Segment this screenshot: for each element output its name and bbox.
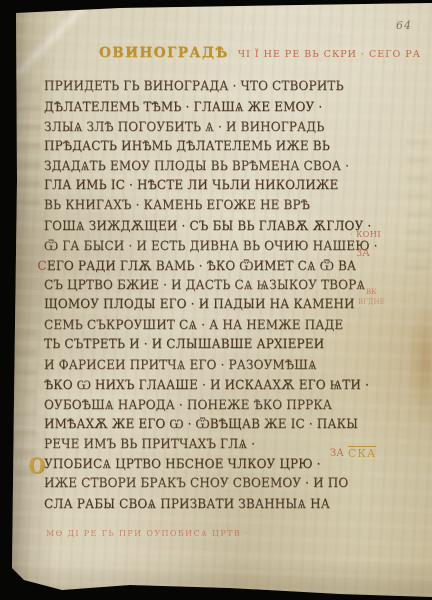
text-line: ОУПОБИСѦ ЦРТВО НБСНОЕ ЧЛКОУ ЦРЮ · bbox=[44, 456, 378, 476]
gold-initial-letter: О bbox=[28, 453, 45, 478]
text-line-content: ИМѢАХѪ ЖЕ ЕГО Ѡ · ѾВѢЩАВ ЖЕ ІС · ПАКЫ bbox=[44, 417, 358, 432]
footer-rubric: МѲ ДІ РЕ ГЬ ПРИ ОУПОБИСѦ ЦРТВ · bbox=[46, 528, 249, 539]
text-line: ИМѢАХѪ ЖЕ ЕГО Ѡ · ѾВѢЩАВ ЖЕ ІС · ПАКЫ bbox=[44, 416, 378, 436]
text-line: ОУБОѢШѦ НАРОДА · ПОНЕЖЕ ѢКО ПРРКА bbox=[44, 397, 378, 417]
running-title-rubric: ЧІ Ї НЕ РЕ ВЬ СКРИ · СЕГО РА bbox=[238, 49, 421, 60]
text-line: Ѿ ГА БЫСИ · И ЕСТЬ ДИВНА ВЬ ОЧИЮ НАШЕЮ · bbox=[44, 238, 378, 258]
text-line-content: И ФАРИСЕИ ПРИТЧѦ ЕГО · РАЗОУМѢШѦ bbox=[44, 358, 317, 373]
text-line: РЕЧЕ ИМЪ ВЬ ПРИТЧАХЪ ГЛѦ · bbox=[44, 436, 378, 456]
margin-note-faint-2: ВГДНЕ bbox=[358, 298, 385, 306]
text-line-content: ГОШѦ ЗИЖДѪЩЕИ · СЪ БЫ ВЬ ГЛАВѪ ѪГЛОУ · bbox=[44, 219, 371, 234]
text-line: ДѢЛАТЕЛЕМЬ ТѢМЬ · ГЛАШѦ ЖЕ ЕМОУ · bbox=[44, 99, 378, 119]
text-line-content: ЩОМОУ ПЛОДЫ ЕГО · И ПАДЫИ НА КАМЕНИ bbox=[44, 297, 355, 312]
text-line-content: СЕМЬ СЪКРОУШИТ СѦ · А НА НЕМЖЕ ПАДЕ bbox=[44, 318, 343, 333]
text-line-content: ИЖЕ СТВОРИ БРАКЪ СНОУ СВОЕМОУ · И ПО bbox=[44, 476, 348, 491]
text-line-content: ВЬ КНИГАХЪ · КАМЕНЬ ЕГОЖЕ НЕ ВРѢ bbox=[44, 198, 310, 213]
text-line: ЩОМОУ ПЛОДЫ ЕГО · И ПАДЫИ НА КАМЕНИ bbox=[44, 297, 378, 317]
margin-note-end-of-reading: · КОНЇ bbox=[350, 230, 381, 239]
text-line: СЕМЬ СЪКРОУШИТ СѦ · А НА НЕМЖЕ ПАДЕ bbox=[44, 317, 378, 337]
text-line: ТЬ СЪТРЕТЬ И · И СЛЫШАВШЕ АРХІЕРЕИ bbox=[44, 337, 378, 357]
text-line: ЗЛЫѦ ЗЛѢ ПОГОУБИТЬ Ѧ · И ВИНОГРАДЬ bbox=[44, 119, 378, 139]
corner-fold-highlight bbox=[6, 0, 96, 80]
text-line: ЗДАДѦТЬ ЕМОУ ПЛОДЫ ВЬ ВРѢМЕНА СВОА · bbox=[44, 158, 378, 178]
text-line: ПРИИДЕТЬ ГЬ ВИНОГРАДА · ЧТО СТВОРИТЬ bbox=[44, 79, 378, 99]
margin-note-gold: СКА bbox=[348, 447, 376, 460]
text-line-content: ГЛА ИМЬ ІС · НѢСТЕ ЛИ ЧЬЛИ НИКОЛИЖЕ bbox=[44, 178, 338, 193]
manuscript-photo: 64 ОВИНОГРАДѢЧІ Ї НЕ РЕ ВЬ СКРИ · СЕГО Р… bbox=[0, 0, 432, 600]
text-line-content: ТЬ СЪТРЕТЬ И · И СЛЫШАВШЕ АРХІЕРЕИ bbox=[44, 337, 324, 352]
text-line-content: ЗДАДѦТЬ ЕМОУ ПЛОДЫ ВЬ ВРѢМЕНА СВОА · bbox=[44, 159, 349, 174]
text-line: ГОШѦ ЗИЖДѪЩЕИ · СЪ БЫ ВЬ ГЛАВѪ ѪГЛОУ · bbox=[44, 218, 378, 238]
text-line-content: СЛА РАБЫ СВОѦ ПРИЗВАТИ ЗВАННЫѦ НА bbox=[44, 497, 330, 512]
text-line-content: ЗЛЫѦ ЗЛѢ ПОГОУБИТЬ Ѧ · И ВИНОГРАДЬ bbox=[44, 120, 324, 135]
margin-note-zachalo: ЗА bbox=[356, 248, 370, 259]
running-title: ОВИНОГРАДѢЧІ Ї НЕ РЕ ВЬ СКРИ · СЕГО РА bbox=[99, 42, 421, 61]
text-line-content: ПРИИДЕТЬ ГЬ ВИНОГРАДА · ЧТО СТВОРИТЬ bbox=[44, 79, 344, 94]
margin-note-faint-1: ВК bbox=[366, 288, 377, 296]
showthrough-smudge bbox=[18, 86, 40, 214]
parchment-stain bbox=[408, 300, 432, 430]
parchment-page: 64 ОВИНОГРАДѢЧІ Ї НЕ РЕ ВЬ СКРИ · СЕГО Р… bbox=[0, 0, 432, 600]
running-title-gold: ОВИНОГРАДѢ bbox=[99, 45, 229, 61]
text-line-content: УПОБИСѦ ЦРТВО НБСНОЕ ЧЛКОУ ЦРЮ · bbox=[44, 457, 321, 472]
folio-number: 64 bbox=[396, 19, 412, 32]
margin-note-zachalo-2: ЗА bbox=[330, 448, 344, 459]
text-line-content: СЪ ЦРТВО БЖИЕ · И ДАСТЬ СѦ ѨЗЫКОУ ТВОРѦ bbox=[44, 278, 365, 293]
text-line: ВЬ КНИГАХЪ · КАМЕНЬ ЕГОЖЕ НЕ ВРѢ bbox=[44, 198, 378, 218]
text-line: ГЛА ИМЬ ІС · НѢСТЕ ЛИ ЧЬЛИ НИКОЛИЖЕ bbox=[44, 178, 378, 198]
text-line-content: Ѿ ГА БЫСИ · И ЕСТЬ ДИВНА ВЬ ОЧИЮ НАШЕЮ · bbox=[44, 239, 378, 254]
text-line: СЪ ЦРТВО БЖИЕ · И ДАСТЬ СѦ ѨЗЫКОУ ТВОРѦ bbox=[44, 277, 378, 297]
text-line-content: ОУБОѢШѦ НАРОДА · ПОНЕЖЕ ѢКО ПРРКА bbox=[44, 398, 332, 413]
red-initial-letter: С bbox=[38, 259, 47, 274]
text-line-content: ЕГО РАДИ ГЛѪ ВАМЬ · ѢКО ѾИМЕТ СѦ Ѿ ВА bbox=[47, 259, 356, 274]
showthrough-smudge bbox=[406, 140, 428, 270]
text-line: СЕГО РАДИ ГЛѪ ВАМЬ · ѢКО ѾИМЕТ СѦ Ѿ ВА bbox=[44, 258, 378, 278]
text-line-content: ПРѢДАСТЬ ИНѢМЬ ДѢЛАТЕЛЕМЬ ИЖЕ ВЬ bbox=[44, 139, 330, 154]
text-line: ѢКО Ѡ НИХЪ ГЛААШЕ · И ИСКААХѪ ЕГО ѨТИ · bbox=[44, 377, 378, 397]
text-line-content: РЕЧЕ ИМЪ ВЬ ПРИТЧАХЪ ГЛѦ · bbox=[44, 437, 255, 452]
text-line-content: ѢКО Ѡ НИХЪ ГЛААШЕ · И ИСКААХѪ ЕГО ѨТИ · bbox=[44, 378, 369, 393]
text-line-content: ДѢЛАТЕЛЕМЬ ТѢМЬ · ГЛАШѦ ЖЕ ЕМОУ · bbox=[44, 100, 322, 115]
text-line: ПРѢДАСТЬ ИНѢМЬ ДѢЛАТЕЛЕМЬ ИЖЕ ВЬ bbox=[44, 139, 378, 159]
text-line: ИЖЕ СТВОРИ БРАКЪ СНОУ СВОЕМОУ · И ПО bbox=[44, 476, 378, 496]
text-line: И ФАРИСЕИ ПРИТЧѦ ЕГО · РАЗОУМѢШѦ bbox=[44, 357, 378, 377]
text-line: СЛА РАБЫ СВОѦ ПРИЗВАТИ ЗВАННЫѦ НА bbox=[44, 496, 378, 516]
bottom-shade bbox=[0, 560, 432, 600]
